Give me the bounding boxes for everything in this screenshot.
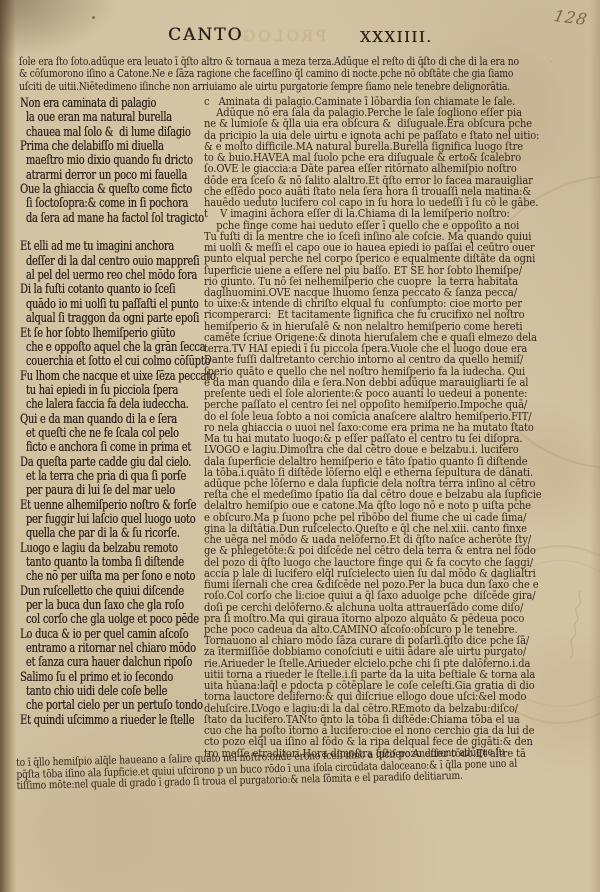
page-number-handwritten: 128: [552, 6, 590, 29]
verse-line: al pel del uermo reo chel mōdo fora: [20, 269, 161, 283]
verse-line: et ſanza cura hauer dalchun ripoſo: [20, 656, 161, 670]
verse-line: Non era caminata di palagio: [20, 97, 161, 111]
verse-line: Lo duca & io per quel camin aſcoſo: [20, 628, 161, 642]
commentary-column: c Aminata di palagio.Caminate ī lōbardia…: [204, 96, 584, 759]
intro-line: uſciti de uitii.Niētedimeno iſinche non …: [19, 81, 519, 93]
verse-line: Salimo ſu el primo et io ſecondo: [20, 671, 161, 685]
verse-line: atrarmi derror un poco mi fauella: [20, 169, 161, 183]
verse-line: et la terra che pria di qua ſi porſe: [20, 470, 161, 484]
verse-line: [20, 226, 161, 240]
verse-line: col corſo che gla uolge et poco pēde: [20, 613, 161, 627]
verse-line: Qui e da man quando di la e ſera: [20, 413, 161, 427]
verse-line: per paura di lui ſe del mar uelo: [20, 484, 161, 498]
verse-line: couerchia et ſotto el cui colmo cōſūpto: [20, 355, 161, 369]
book-page: PROLOGO CANTO XXXIIII. 128 ſole era ſto …: [0, 0, 600, 892]
verse-line: tanto quanto la tomba ſi diſtende: [20, 556, 161, 570]
verse-line: Et ſe hor ſobto lhemiſperio giūto: [20, 327, 161, 341]
corner-shadow: [0, 0, 120, 60]
verse-line: maeſtro mio dixio quando fu dricto: [20, 154, 161, 168]
verse-line: ficto e anchora ſi come in prima et: [20, 441, 161, 455]
verse-line: alqual ſi traggon da ogni parte epoſi: [20, 312, 161, 326]
footer-paragraph: to ī q̄llo hemiſpio alq̄le haueano a ſal…: [16, 744, 600, 792]
verse-line: per fuggir lui laſcio quel luogo uoto: [20, 513, 161, 527]
intro-paragraph: ſole era ſto ſoto.adūque era leuato ī q̄…: [19, 56, 600, 93]
running-title-canto: CANTO: [168, 25, 243, 45]
verse-line: quādo io mi uolſi tu paſſaſti el punto: [20, 298, 161, 312]
verse-line: Luogo e lagiu da belzabu remoto: [20, 542, 161, 556]
verse-line: che portal cielo per un pertuſo tondo: [20, 699, 161, 713]
verse-line: Prima che delabiſſo mi diuella: [20, 140, 161, 154]
verse-line: la oue eran ma natural burella: [20, 111, 161, 125]
verse-line: Di la fuſti cotanto quanto io ſceſi: [20, 283, 161, 297]
verse-line: Da queſta parte cadde giu dal cielo.: [20, 456, 161, 470]
verse-column: Non era caminata di palagio la oue eran …: [20, 97, 205, 728]
running-title-canto-number: XXXIIII.: [360, 28, 433, 46]
verse-line: quella che par di la & ſu ricorſe.: [20, 527, 161, 541]
page-gutter-edge: [0, 0, 16, 892]
verse-line: tu hai epiedi in ſu picciola ſpera: [20, 384, 161, 398]
verse-line: chauea mal ſolo & di lume diſagio: [20, 126, 161, 140]
verse-line: entramo a ritornar nel chiaro mōdo: [20, 642, 161, 656]
verse-line: per la buca dun ſaxo che gla roſo: [20, 599, 161, 613]
verse-line: deſſer di la dal centro ouio mappreſi: [20, 255, 161, 269]
ink-specks: [92, 16, 95, 19]
verse-line: da ſera ad mane ha factol ſol tragicto: [20, 212, 161, 226]
verse-line: Et uenne alhemiſperio noſtro & forſe: [20, 499, 161, 513]
verse-line: et queſti che ne fe ſcala col pelo: [20, 427, 161, 441]
verse-line: che nō per uiſta ma per ſono e noto: [20, 570, 161, 584]
verse-line: ſi ſoctoſopra:& come in ſi pochora: [20, 197, 161, 211]
verse-line: Fu lhom che nacque et uixe ſēza peccato: [20, 370, 161, 384]
verse-line: Et elli ad me tu imagini anchora: [20, 240, 161, 254]
verse-line: che lalera faccia fa dela iudeccha.: [20, 398, 161, 412]
verse-line: Oue la ghiaccia & queſto come ficto: [20, 183, 161, 197]
verse-line: che e oppoſto aquel che la grān ſecca: [20, 341, 161, 355]
verse-line: Et quindi uſcimmo a riueder le ſtelle: [20, 714, 161, 728]
verse-line: tanto chio uidi dele coſe belle: [20, 685, 161, 699]
verse-line: Dun ruſcelletto che quiui diſcende: [20, 585, 161, 599]
